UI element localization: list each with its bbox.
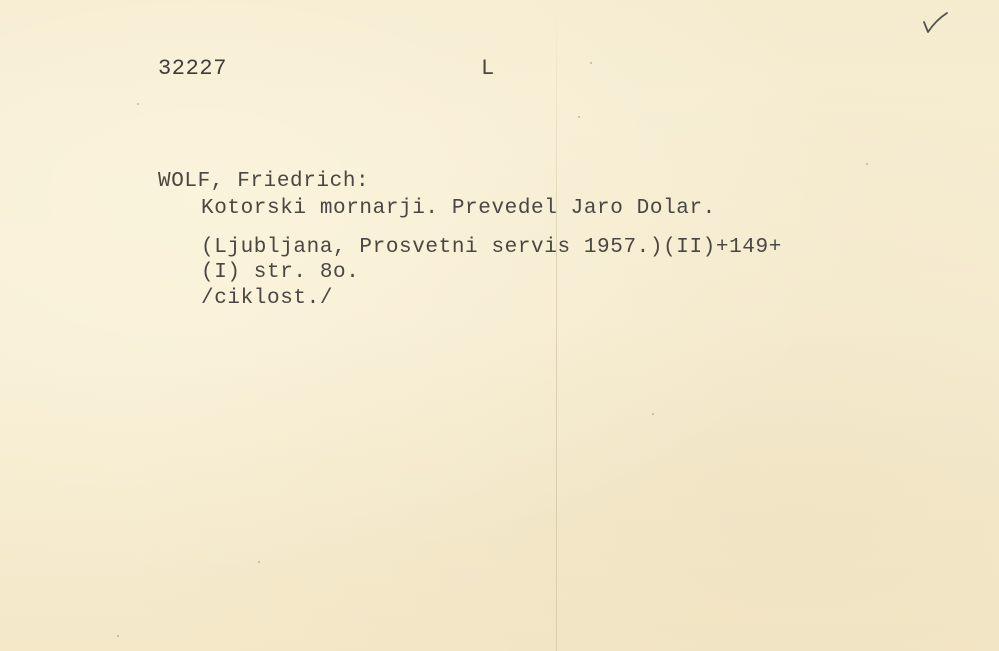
card-fold-line — [556, 0, 557, 651]
paper-speck — [578, 116, 580, 118]
paper-speck — [652, 413, 654, 415]
imprint-line-1: (Ljubljana, Prosvetni servis 1957.)(II)+… — [201, 236, 782, 259]
location-code: L — [481, 56, 495, 81]
paper-speck — [117, 635, 119, 637]
catalog-card: 32227 L WOLF, Friedrich: Kotorski mornar… — [0, 0, 999, 651]
title-statement: Kotorski mornarji. Prevedel Jaro Dolar. — [201, 197, 716, 220]
paper-speck — [866, 163, 868, 165]
imprint-line-2: (I) str. 8o. — [201, 261, 359, 284]
paper-speck — [258, 561, 260, 563]
author-heading: WOLF, Friedrich: — [158, 170, 369, 193]
paper-speck — [137, 103, 139, 105]
paper-speck — [590, 62, 592, 64]
card-note: /ciklost./ — [201, 287, 333, 310]
accession-number: 32227 — [158, 56, 227, 81]
check-mark-icon — [920, 10, 950, 36]
